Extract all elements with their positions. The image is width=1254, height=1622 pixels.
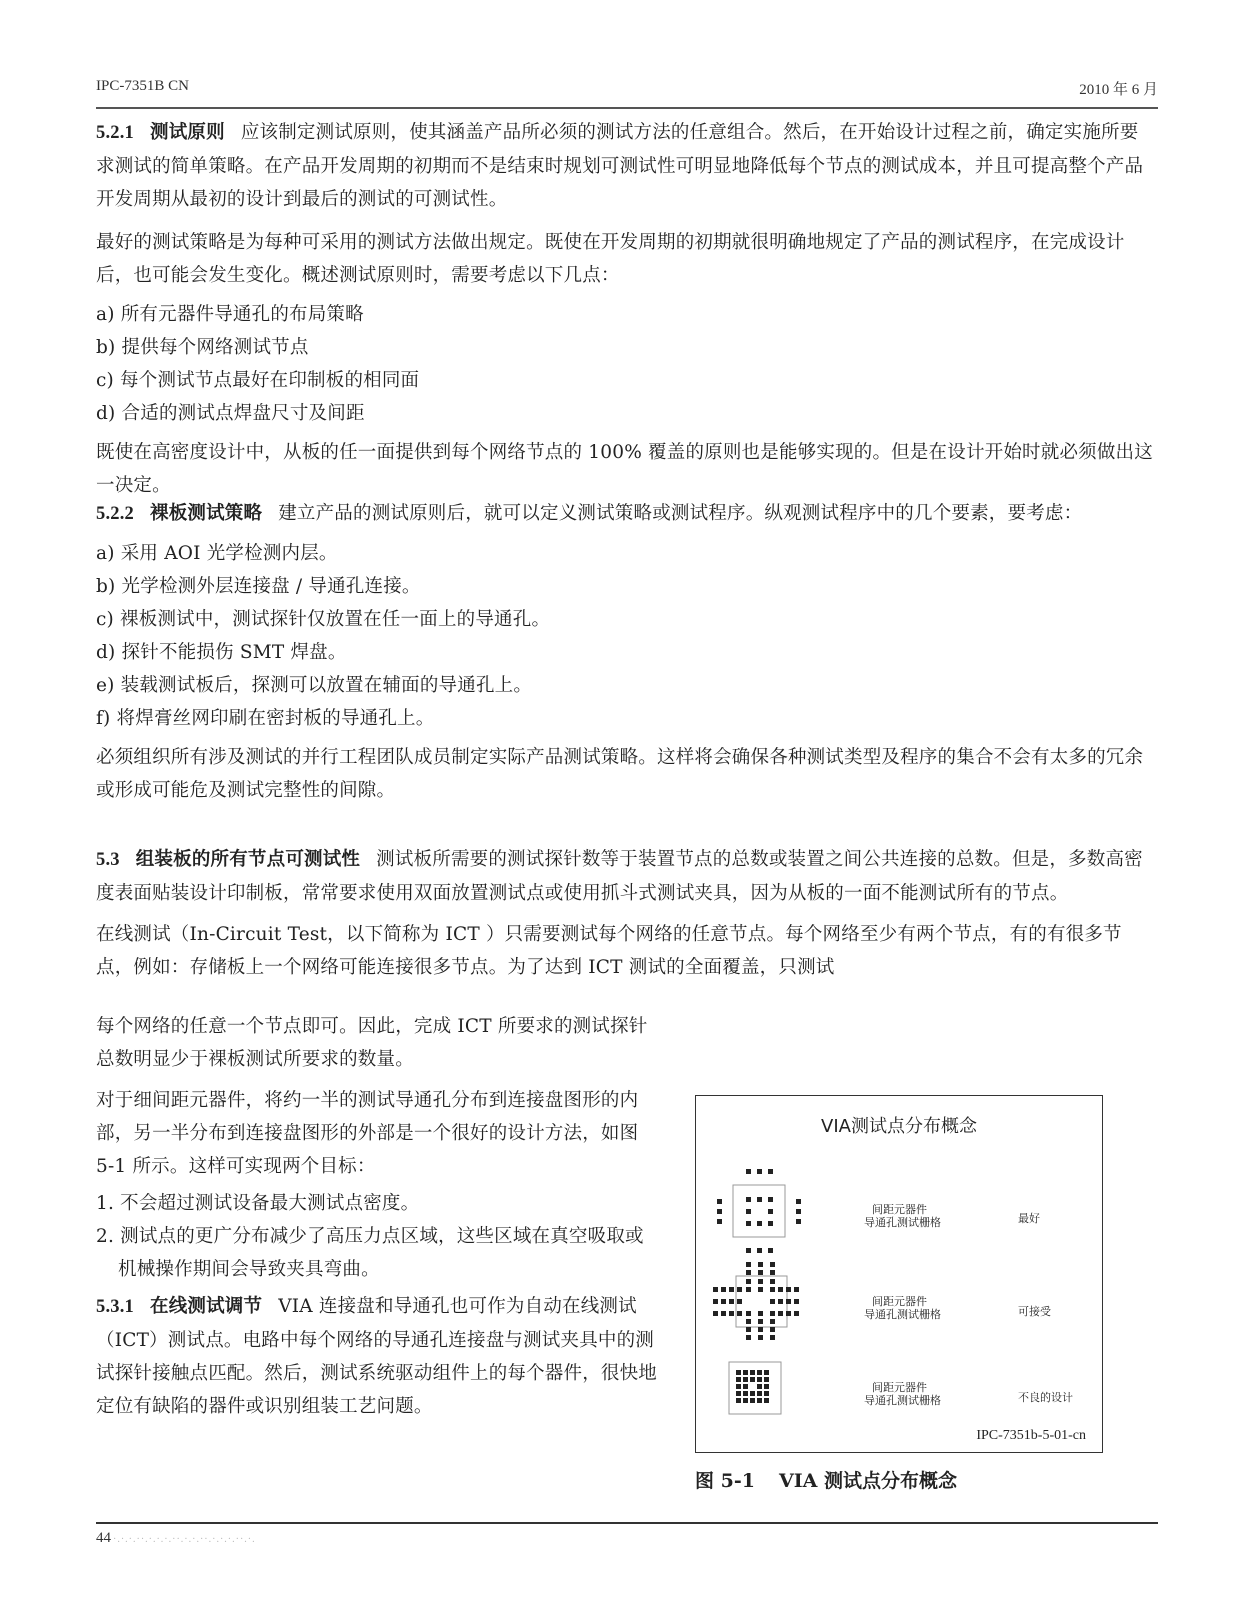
list: a) 所有元器件导通孔的布局策略 b) 提供每个网络测试节点 c) 每个测试节点… bbox=[96, 298, 1156, 430]
section-number: 5.2.1 bbox=[96, 123, 134, 143]
paragraph: 在线测试（In-Circuit Test，以下简称为 ICT ）只需要测试每个网… bbox=[96, 918, 1156, 984]
doc-date: 2010 年 6 月 bbox=[1079, 78, 1158, 99]
section-title: 测试原则 bbox=[150, 122, 225, 143]
list-item: 2. 测试点的更广分布减少了高压力点区域，这些区域在真空吸取或机械操作期间会导致… bbox=[96, 1220, 661, 1286]
page-number: 44 bbox=[96, 1530, 111, 1546]
figure-row-label: 间距元器件 导通孔测试栅格 bbox=[864, 1203, 941, 1229]
list-item: c) 每个测试节点最好在印制板的相同面 bbox=[96, 364, 1156, 397]
list-item: d) 合适的测试点焊盘尺寸及间距 bbox=[96, 397, 1156, 430]
via-pattern-perimeter-icon bbox=[714, 1166, 804, 1256]
section-number: 5.3.1 bbox=[96, 1297, 134, 1317]
section-paragraph: 5.3组装板的所有节点可测试性测试板所需要的测试探针数等于装置节点的总数或装置之… bbox=[96, 843, 1156, 910]
section-text: 应该制定测试原则，使其涵盖产品所必须的测试方法的任意组合。然后，在开始设计过程之… bbox=[96, 122, 1143, 210]
list-item: d) 探针不能损伤 SMT 焊盘。 bbox=[96, 636, 1156, 669]
figure-row-best: 间距元器件 导通孔测试栅格 最好 bbox=[696, 1166, 1102, 1246]
section-paragraph: 5.2.2裸板测试策略建立产品的测试原则后，就可以定义测试策略或测试程序。纵观测… bbox=[96, 497, 1156, 531]
figure-row-acceptable: 间距元器件 导通孔测试栅格 可接受 bbox=[696, 1261, 1102, 1341]
list-item: b) 光学检测外层连接盘 / 导通孔连接。 bbox=[96, 570, 1156, 603]
section-5-2-2: 5.2.2裸板测试策略建立产品的测试原则后，就可以定义测试策略或测试程序。纵观测… bbox=[96, 497, 1156, 807]
list: 1. 不会超过测试设备最大测试点密度。 2. 测试点的更广分布减少了高压力点区域… bbox=[96, 1187, 661, 1286]
page-footer: 44·.·.·.··.·.·.·.··.·.·.··.·.·.·.··.·. bbox=[96, 1530, 256, 1547]
doc-id: IPC-7351B CN bbox=[96, 78, 189, 95]
section-number: 5.3 bbox=[96, 850, 120, 870]
figure-title: VIA测试点分布概念 bbox=[696, 1112, 1102, 1138]
figure-via-test-point-distribution: VIA测试点分布概念 间距元器件 导通孔测试栅格 最好 bbox=[695, 1095, 1103, 1453]
figure-row-label: 间距元器件 导通孔测试栅格 bbox=[864, 1295, 941, 1321]
page-header: IPC-7351B CN 2010 年 6 月 bbox=[96, 78, 1158, 102]
footer-dots-decoration: ·.·.·.··.·.·.·.··.·.·.··.·.·.·.··.·. bbox=[113, 1534, 256, 1545]
via-pattern-cross-icon bbox=[710, 1261, 806, 1341]
list-item: c) 裸板测试中，测试探针仅放置在任一面上的导通孔。 bbox=[96, 603, 1156, 636]
footer-divider bbox=[96, 1522, 1158, 1524]
paragraph: 对于细间距元器件，将约一半的测试导通孔分布到连接盘图形的内部，另一半分布到连接盘… bbox=[96, 1084, 661, 1183]
section-title: 裸板测试策略 bbox=[150, 503, 262, 524]
section-number: 5.2.2 bbox=[96, 504, 134, 524]
section-text: 建立产品的测试原则后，就可以定义测试策略或测试程序。纵观测试程序中的几个要素，要… bbox=[278, 503, 1082, 524]
paragraph: 最好的测试策略是为每种可采用的测试方法做出规定。既使在开发周期的初期就很明确地规… bbox=[96, 226, 1156, 292]
header-divider bbox=[96, 107, 1158, 109]
list-item: 1. 不会超过测试设备最大测试点密度。 bbox=[96, 1187, 661, 1220]
list-item: e) 装载测试板后，探测可以放置在辅面的导通孔上。 bbox=[96, 669, 1156, 702]
figure-code: IPC-7351b-5-01-cn bbox=[976, 1428, 1086, 1444]
section-paragraph: 5.2.1测试原则应该制定测试原则，使其涵盖产品所必须的测试方法的任意组合。然后… bbox=[96, 116, 1156, 216]
figure-row-rating: 不良的设计 bbox=[1018, 1389, 1073, 1405]
figure-row-label: 间距元器件 导通孔测试栅格 bbox=[864, 1381, 941, 1407]
section-5-2-1: 5.2.1测试原则应该制定测试原则，使其涵盖产品所必须的测试方法的任意组合。然后… bbox=[96, 116, 1156, 502]
list-item: a) 采用 AOI 光学检测内层。 bbox=[96, 537, 1156, 570]
via-pattern-dense-grid-icon bbox=[728, 1361, 784, 1417]
list-item: b) 提供每个网络测试节点 bbox=[96, 331, 1156, 364]
section-5-3-continued: 每个网络的任意一个节点即可。因此，完成 ICT 所要求的测试探针总数明显少于裸板… bbox=[96, 1010, 661, 1286]
list-item: f) 将焊膏丝网印刷在密封板的导通孔上。 bbox=[96, 702, 1156, 735]
section-5-3-1: 5.3.1在线测试调节VIA 连接盘和导通孔也可作为自动在线测试（ICT）测试点… bbox=[96, 1290, 661, 1423]
paragraph: 必须组织所有涉及测试的并行工程团队成员制定实际产品测试策略。这样将会确保各种测试… bbox=[96, 741, 1156, 807]
figure-row-rating: 最好 bbox=[1018, 1210, 1040, 1226]
figure-caption-text: VIA 测试点分布概念 bbox=[779, 1470, 957, 1492]
section-paragraph: 5.3.1在线测试调节VIA 连接盘和导通孔也可作为自动在线测试（ICT）测试点… bbox=[96, 1290, 661, 1423]
figure-caption: 图 5-1VIA 测试点分布概念 bbox=[695, 1466, 957, 1493]
list-item: a) 所有元器件导通孔的布局策略 bbox=[96, 298, 1156, 331]
section-title: 在线测试调节 bbox=[150, 1296, 262, 1317]
section-5-3: 5.3组装板的所有节点可测试性测试板所需要的测试探针数等于装置节点的总数或装置之… bbox=[96, 843, 1156, 984]
paragraph: 每个网络的任意一个节点即可。因此，完成 ICT 所要求的测试探针总数明显少于裸板… bbox=[96, 1010, 661, 1076]
section-title: 组装板的所有节点可测试性 bbox=[136, 849, 360, 870]
paragraph: 既使在高密度设计中，从板的任一面提供到每个网络节点的 100% 覆盖的原则也是能… bbox=[96, 436, 1156, 502]
figure-caption-number: 图 5-1 bbox=[695, 1470, 755, 1492]
figure-row-rating: 可接受 bbox=[1018, 1303, 1051, 1319]
list: a) 采用 AOI 光学检测内层。 b) 光学检测外层连接盘 / 导通孔连接。 … bbox=[96, 537, 1156, 735]
